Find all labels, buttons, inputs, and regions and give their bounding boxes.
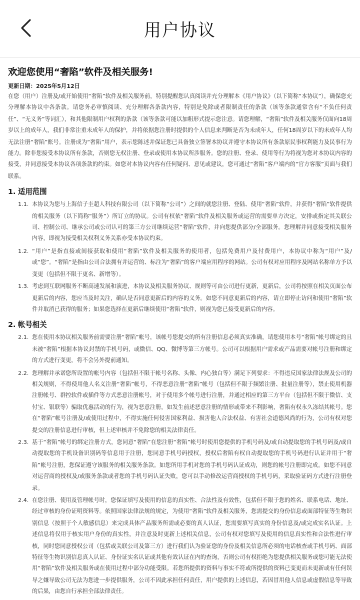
clause-number: 1.3. [8,282,32,316]
section-heading: 2. 帐号相关 [8,318,352,332]
clause: 2.3. 基于“奢陷”帐号的绑定注册方式，您同意“奢陷”在您注册“奢陷”帐号时使… [8,438,352,495]
clause-text: 您在使用本协议相关服务前需要注册“奢陷”帐号，该帐号您提交的所有注册信息必须真实… [32,333,352,367]
clause-number: 1.1. [8,200,32,246]
clause: 1.1. 本协议为您与上海信子圭超人科技有限公司（以下简称“公司”）之间的就您注… [8,200,352,246]
clause-number: 2.1. [8,333,32,367]
app-header: 用户协议 [0,0,360,56]
clause: 2.2. 您理解并承诺您所设置的帐号内容（包括但不限于帐号名称、头像、内心独白等… [8,369,352,437]
clause-number: 1.2. [8,247,32,281]
clause-number: 2.3. [8,438,32,495]
section-heading: 1. 适用范围 [8,185,352,199]
clause-text: 考虑到互联网服务不断高速发展和演进，本协议及相关服务协议、规则等可由公司进行更新… [32,282,352,316]
chevron-left-icon [19,18,33,38]
page-title: 用户协议 [144,16,216,41]
clause-number: 2.2. [8,369,32,437]
agreement-content[interactable]: 欢迎您使用“奢陷”软件及相关服务! 更新日期：2025年5月12日 在您（用户）… [0,66,360,600]
section-title: 适用范围 [18,185,47,199]
clause: 1.3. 考虑到互联网服务不断高速发展和演进，本协议及相关服务协议、规则等可由公… [8,282,352,316]
clause-number: 2.4. [8,496,32,599]
clause-text: “用户”是指直接或间接获取和使用“奢陷”软件及相关服务的使用者，包括免费用户及付… [32,247,352,281]
clause-text: 您理解并承诺您所设置的帐号内容（包括但不限于帐号名称、头像、内心独白等）满足下列… [32,369,352,437]
agreement-heading: 欢迎您使用“奢陷”软件及相关服务! [8,66,352,80]
clause-text: 在您注册、使用及管理帐号时，您保证填写及使用的信息的真实性、合法性及有效性，包括… [32,496,352,599]
update-date: 更新日期：2025年5月12日 [8,82,352,92]
intro-paragraph: 在您（用户）注册及/或开始使用“奢陷”软件及相关服务前，特别提醒您认真阅读并充分… [8,92,352,183]
section-number: 1. [8,185,18,199]
clause: 1.2. “用户”是指直接或间接获取和使用“奢陷”软件及相关服务的使用者，包括免… [8,247,352,281]
clause: 2.1. 您在使用本协议相关服务前需要注册“奢陷”帐号，该帐号您提交的所有注册信… [8,333,352,367]
clause: 2.4. 在您注册、使用及管理帐号时，您保证填写及使用的信息的真实性、合法性及有… [8,496,352,599]
header-divider [0,57,360,58]
clause-text: 本协议为您与上海信子圭超人科技有限公司（以下简称“公司”）之间的就您注册、登陆、… [32,200,352,246]
back-button[interactable] [14,16,38,40]
section-title: 帐号相关 [18,318,47,332]
clause-text: 基于“奢陷”帐号的绑定注册方式，您同意“奢陷”在您注册“奢陷”帐号时使用您提供的… [32,438,352,495]
section-number: 2. [8,318,18,332]
